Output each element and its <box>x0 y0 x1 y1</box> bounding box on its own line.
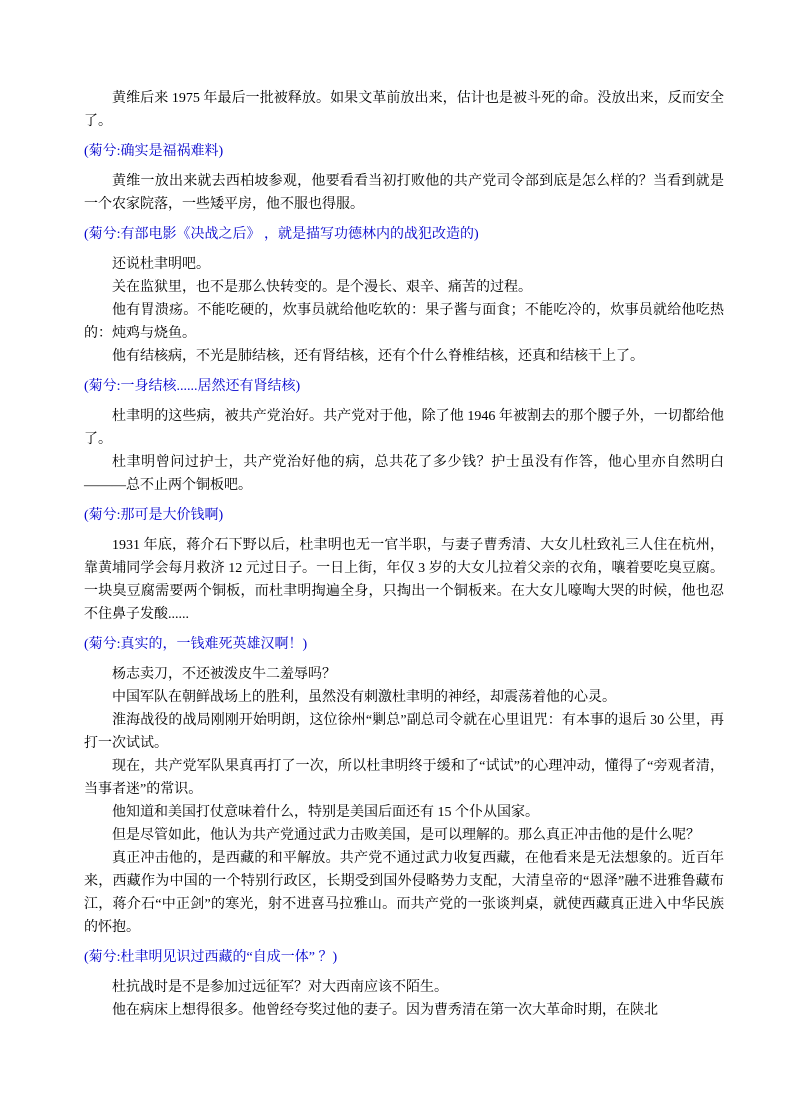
body-paragraph: 他知道和美国打仗意味着什么，特别是美国后面还有 15 个仆从国家。 <box>84 801 724 824</box>
body-paragraph: 黄维后来 1975 年最后一批被释放。如果文革前放出来，估计也是被斗死的命。没放… <box>84 87 724 133</box>
body-paragraph: 但是尽管如此，他认为共产党通过武力击败美国，是可以理解的。那么真正冲击他的是什么… <box>84 824 724 847</box>
reader-annotation: (菊兮:那可是大价钱啊) <box>84 504 724 527</box>
document-body: 黄维后来 1975 年最后一批被释放。如果文革前放出来，估计也是被斗死的命。没放… <box>84 87 724 1022</box>
reader-annotation: (菊兮:有部电影《决战之后》 ，就是描写功德林内的战犯改造的) <box>84 223 724 246</box>
body-paragraph: 还说杜聿明吧。 <box>84 253 724 276</box>
body-paragraph: 杜聿明的这些病，被共产党治好。共产党对于他，除了他 1946 年被割去的那个腰子… <box>84 405 724 451</box>
body-paragraph: 他有结核病，不光是肺结核，还有肾结核，还有个什么脊椎结核，还真和结核干上了。 <box>84 345 724 368</box>
reader-annotation: (菊兮:确实是福祸难料) <box>84 140 724 163</box>
body-paragraph: 关在监狱里，也不是那么快转变的。是个漫长、艰辛、痛苦的过程。 <box>84 276 724 299</box>
reader-annotation: (菊兮:杜聿明见识过西藏的“自成一体” ？) <box>84 946 724 969</box>
body-paragraph: 杜抗战时是不是参加过远征军？对大西南应该不陌生。 <box>84 976 724 999</box>
body-paragraph: 黄维一放出来就去西柏坡参观，他要看看当初打败他的共产党司令部到底是怎么样的？当看… <box>84 170 724 216</box>
body-paragraph: 杨志卖刀，不还被泼皮牛二羞辱吗？ <box>84 663 724 686</box>
body-paragraph: 中国军队在朝鲜战场上的胜利，虽然没有刺激杜聿明的神经，却震荡着他的心灵。 <box>84 686 724 709</box>
body-paragraph: 他有胃溃疡。不能吃硬的，炊事员就给他吃软的：果子酱与面食；不能吃冷的，炊事员就给… <box>84 299 724 345</box>
reader-annotation: (菊兮:真实的，一钱难死英雄汉啊！) <box>84 633 724 656</box>
body-paragraph: 他在病床上想得很多。他曾经夸奖过他的妻子。因为曹秀清在第一次大革命时期，在陕北 <box>84 999 724 1022</box>
body-paragraph: 现在，共产党军队果真再打了一次，所以杜聿明终于缓和了“试试”的心理冲动，懂得了“… <box>84 755 724 801</box>
body-paragraph: 1931 年底，蒋介石下野以后，杜聿明也无一官半职，与妻子曹秀清、大女儿杜致礼三… <box>84 534 724 626</box>
body-paragraph: 淮海战役的战局刚刚开始明朗，这位徐州“剿总”副总司令就在心里诅咒：有本事的退后 … <box>84 709 724 755</box>
document-page: 黄维后来 1975 年最后一批被释放。如果文革前放出来，估计也是被斗死的命。没放… <box>0 0 800 1100</box>
body-paragraph: 真正冲击他的，是西藏的和平解放。共产党不通过武力收复西藏，在他看来是无法想象的。… <box>84 847 724 939</box>
body-paragraph: 杜聿明曾问过护士，共产党治好他的病，总共花了多少钱？护士虽没有作答，他心里亦自然… <box>84 451 724 497</box>
reader-annotation: (菊兮:一身结核......居然还有肾结核) <box>84 375 724 398</box>
